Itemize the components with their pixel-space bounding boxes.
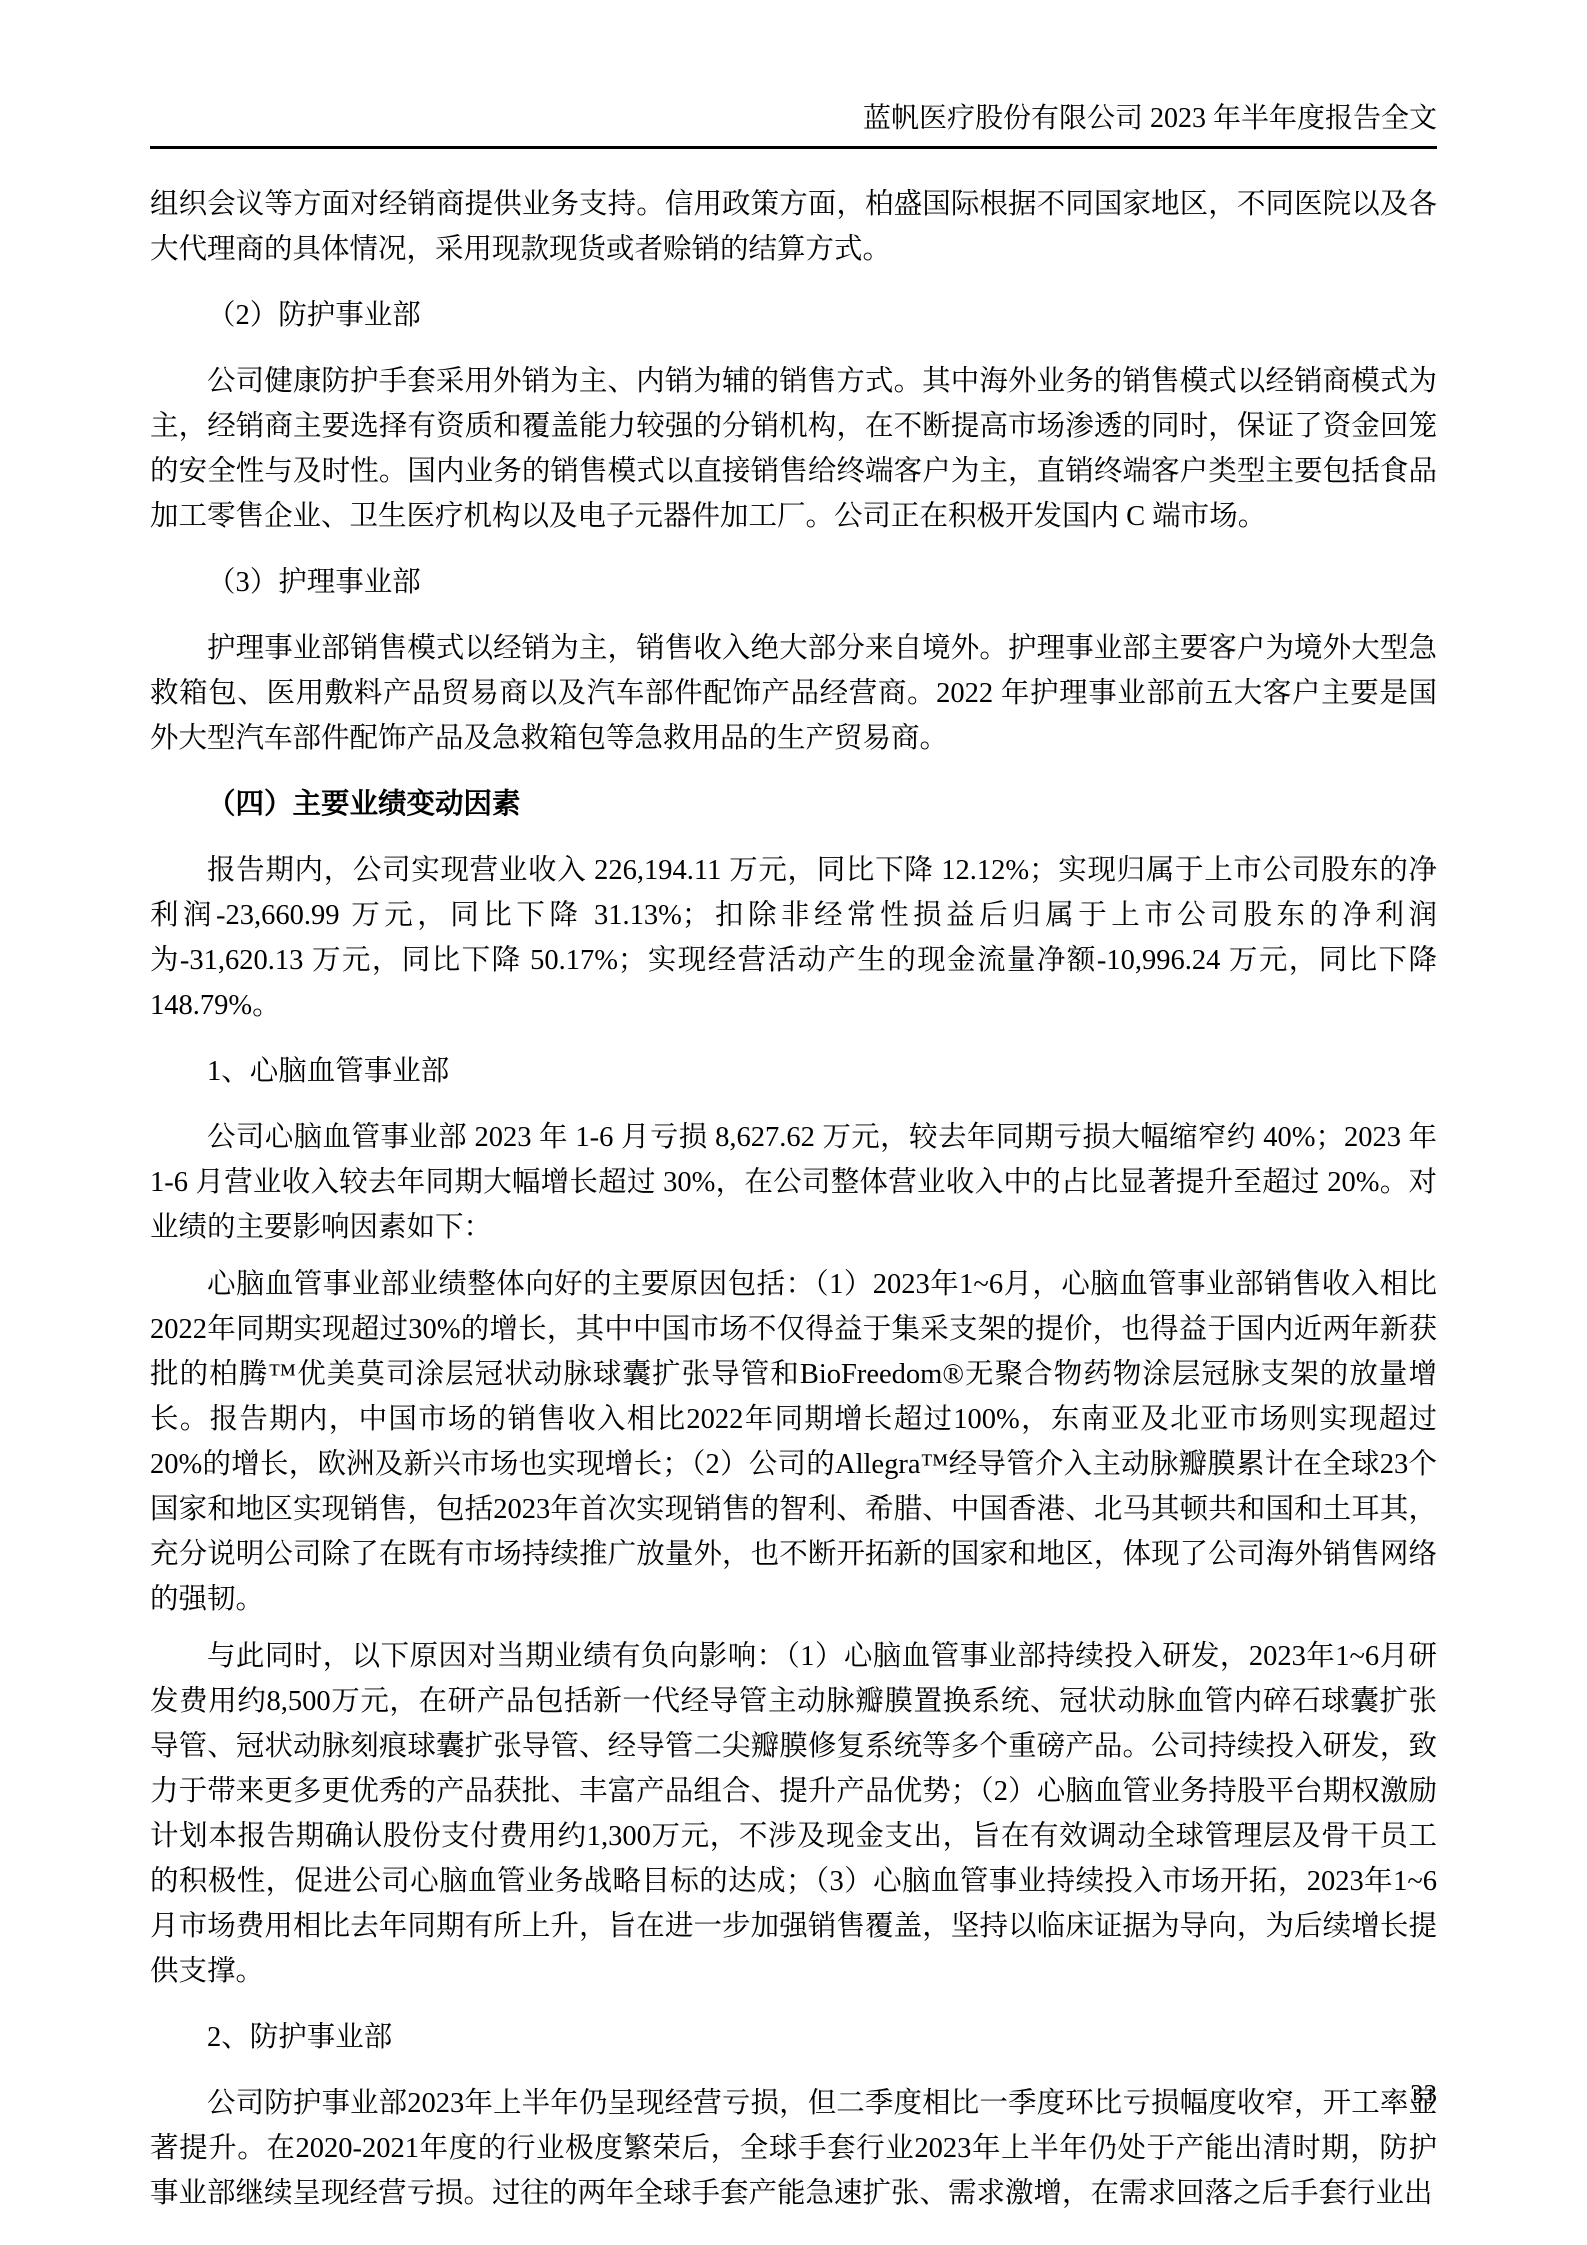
paragraph-nursing-sales-model: 护理事业部销售模式以经销为主，销售收入绝大部分来自境外。护理事业部主要客户为境外…: [150, 626, 1437, 761]
page-footer: 33: [1410, 2078, 1437, 2110]
paragraph-distribution-support: 组织会议等方面对经销商提供业务支持。信用政策方面，柏盛国际根据不同国家地区，不同…: [150, 182, 1437, 272]
paragraph-cardio-positive-factors: 心脑血管事业部业绩整体向好的主要原因包括：（1）2023年1~6月，心脑血管事业…: [150, 1262, 1437, 1622]
heading-performance-change-factors: （四）主要业绩变动因素: [150, 782, 1437, 827]
paragraph-financial-summary: 报告期内，公司实现营业收入 226,194.11 万元，同比下降 12.12%；…: [150, 848, 1437, 1028]
header-title: 蓝帆医疗股份有限公司 2023 年半年度报告全文: [863, 103, 1437, 134]
paragraph-cardio-negative-factors: 与此同时，以下原因对当期业绩有负向影响：（1）心脑血管事业部持续投入研发，202…: [150, 1634, 1437, 1994]
page-number: 33: [1410, 2079, 1437, 2109]
paragraph-protection-sales-model: 公司健康防护手套采用外销为主、内销为辅的销售方式。其中海外业务的销售模式以经销商…: [150, 359, 1437, 539]
heading-cardio-division: 1、心脑血管事业部: [150, 1049, 1437, 1094]
paragraph-protection-performance: 公司防护事业部2023年上半年仍呈现经营亏损，但二季度相比一季度环比亏损幅度收窄…: [150, 2081, 1437, 2216]
report-page: 蓝帆医疗股份有限公司 2023 年半年度报告全文 组织会议等方面对经销商提供业务…: [0, 0, 1587, 2245]
report-body: 组织会议等方面对经销商提供业务支持。信用政策方面，柏盛国际根据不同国家地区，不同…: [150, 182, 1437, 2228]
header-rule: [150, 146, 1437, 149]
heading-nursing-division: （3）护理事业部: [150, 560, 1437, 605]
heading-protection-division: （2）防护事业部: [150, 293, 1437, 338]
page-header: 蓝帆医疗股份有限公司 2023 年半年度报告全文: [150, 100, 1437, 138]
heading-protection-division-2: 2、防护事业部: [150, 2015, 1437, 2060]
paragraph-cardio-overview: 公司心脑血管事业部 2023 年 1-6 月亏损 8,627.62 万元，较去年…: [150, 1115, 1437, 1250]
